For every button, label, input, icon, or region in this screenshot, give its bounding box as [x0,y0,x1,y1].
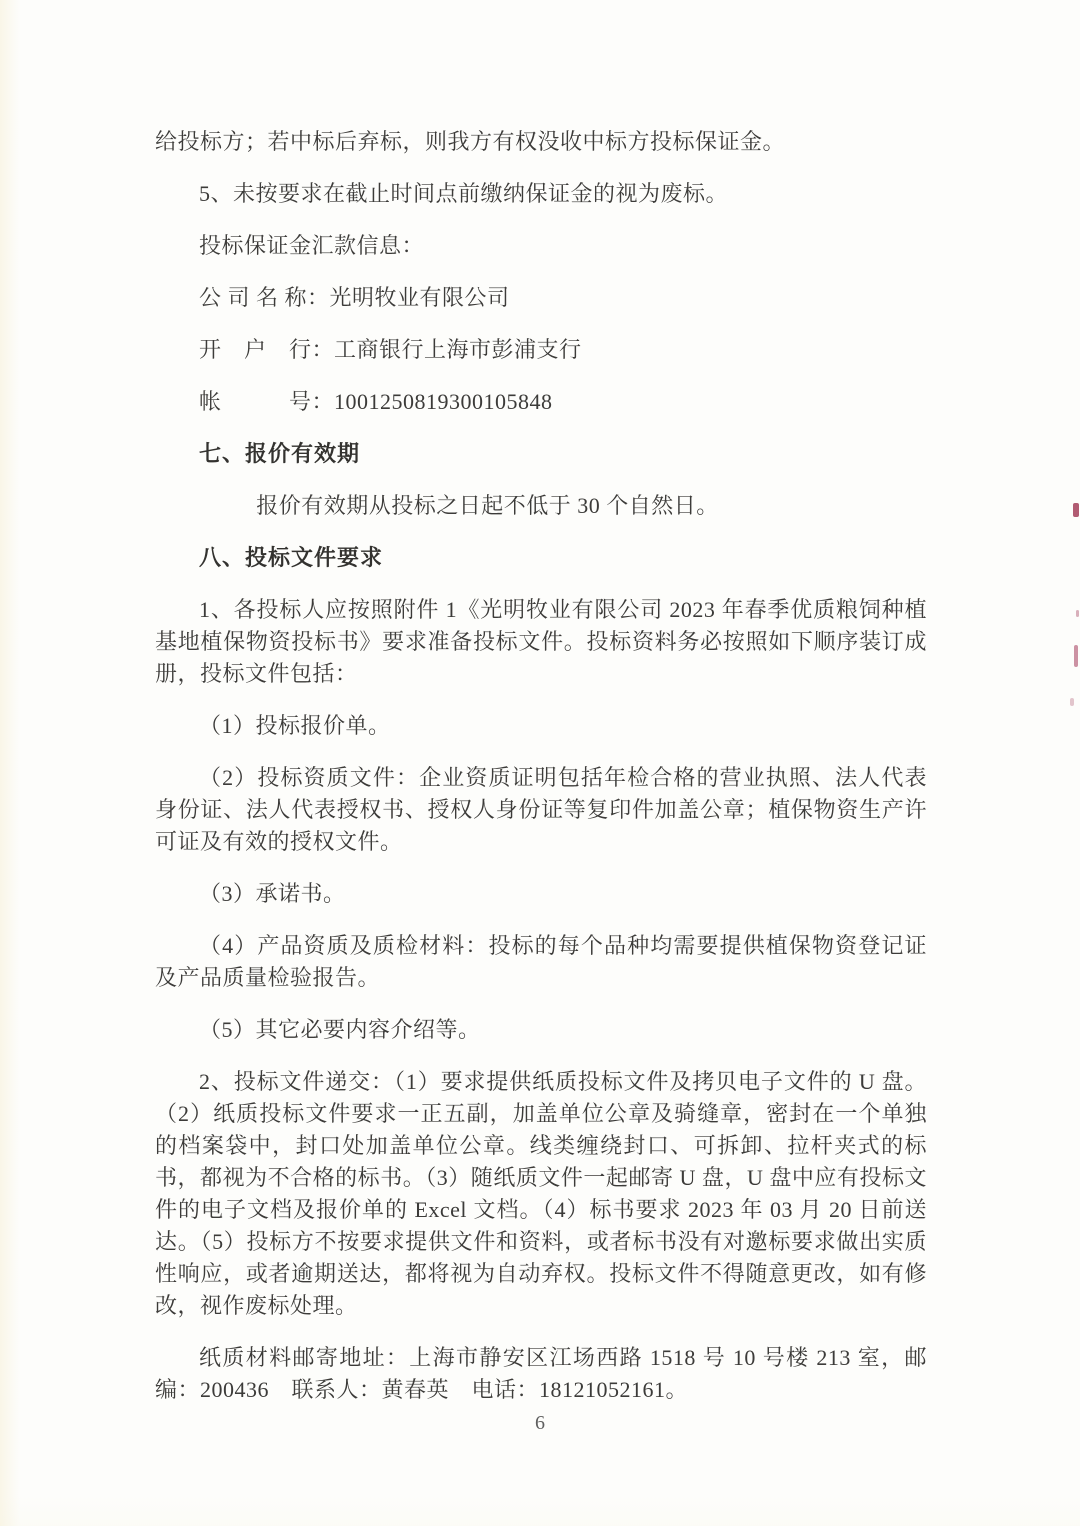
red-ink-mark [1074,645,1078,667]
paragraph-validity-period: 报价有效期从投标之日起不低于 30 个自然日。 [155,490,927,522]
section-heading-8-bid-document-requirements: 八、投标文件要求 [155,542,927,574]
red-ink-mark-faint [1070,698,1074,706]
red-ink-mark [1073,503,1079,517]
paragraph-item2-bid-submission: 2、投标文件递交：（1）要求提供纸质投标文件及拷贝电子文件的 U 盘。（2）纸质… [155,1066,927,1322]
paragraph-item1-bid-document-prep: 1、各投标人应按照附件 1《光明牧业有限公司 2023 年春季优质粮饲种植基地植… [155,594,927,690]
paragraph-sub4-product-quality-materials: （4）产品资质及质检材料：投标的每个品种均需要提供植保物资登记证及产品质量检验报… [155,930,927,994]
paragraph-deposit-forfeit-continuation: 给投标方；若中标后弃标，则我方有权没收中标方投标保证金。 [155,126,927,158]
paragraph-sub5-other-content: （5）其它必要内容介绍等。 [155,1014,927,1046]
paragraph-sub3-commitment-letter: （3）承诺书。 [155,878,927,910]
red-ink-mark-faint [1076,610,1079,617]
document-body: 给投标方；若中标后弃标，则我方有权没收中标方投标保证金。 5、未按要求在截止时间… [155,126,927,1426]
section-heading-7-quote-validity: 七、报价有效期 [155,438,927,470]
paragraph-bank-name: 开 户 行：工商银行上海市彭浦支行 [155,334,927,366]
paragraph-mailing-address: 纸质材料邮寄地址：上海市静安区江场西路 1518 号 10 号楼 213 室，邮… [155,1342,927,1406]
paragraph-item5-invalid-bid: 5、未按要求在截止时间点前缴纳保证金的视为废标。 [155,178,927,210]
paragraph-company-name: 公 司 名 称：光明牧业有限公司 [155,282,927,314]
paragraph-sub1-quotation-sheet: （1）投标报价单。 [155,710,927,742]
scanned-document-page: 给投标方；若中标后弃标，则我方有权没收中标方投标保证金。 5、未按要求在截止时间… [0,0,1080,1526]
paragraph-account-number: 帐 号：1001250819300105848 [155,386,927,418]
paragraph-remittance-info-label: 投标保证金汇款信息： [155,230,927,262]
page-number: 6 [0,1412,1080,1435]
paragraph-sub2-qualification-documents: （2）投标资质文件：企业资质证明包括年检合格的营业执照、法人代表身份证、法人代表… [155,762,927,858]
